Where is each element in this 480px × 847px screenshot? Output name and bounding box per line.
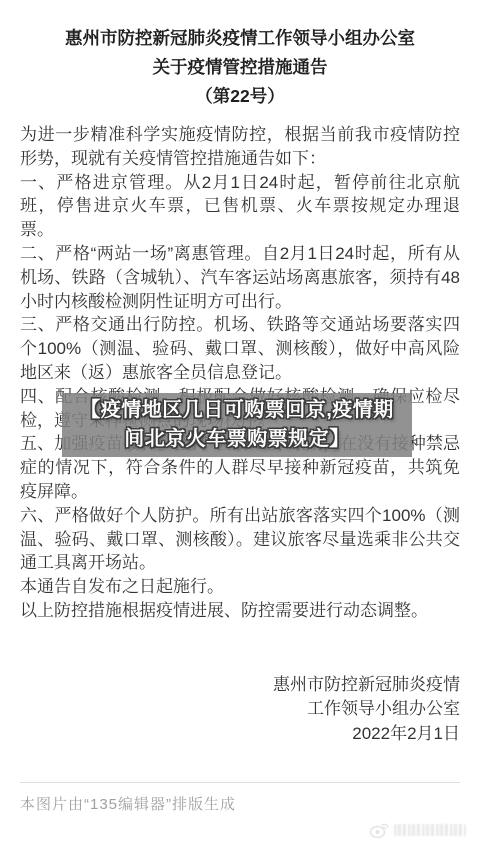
- title-line-1: 惠州市防控新冠肺炎疫情工作领导小组办公室: [20, 24, 460, 53]
- signature-line-2: 工作领导小组办公室: [20, 697, 460, 722]
- notice-document: 惠州市防控新冠肺炎疫情工作领导小组办公室 关于疫情管控措施通告 （第22号） 为…: [0, 0, 480, 746]
- paragraph-intro: 为进一步精准科学实施疫情防控，根据当前我市疫情防控形势，现就有关疫情管控措施通告…: [20, 123, 460, 171]
- caption-line-2: 间北京火车票购票规定】: [124, 425, 350, 454]
- overlay-caption: 【疫情地区几日可购票回京,疫情期 间北京火车票购票规定】: [62, 393, 412, 457]
- paragraph-item-3: 三、严格交通出行防控。机场、铁路等交通站场要落实四个100%（测温、验码、戴口罩…: [20, 313, 460, 384]
- paragraph-adjustment: 以上防控措施根据疫情进展、防控需要进行动态调整。: [20, 599, 460, 623]
- title-line-2: 关于疫情管控措施通告: [20, 53, 460, 82]
- notice-page: 惠州市防控新冠肺炎疫情工作领导小组办公室 关于疫情管控措施通告 （第22号） 为…: [0, 0, 480, 847]
- signature-date: 2022年2月1日: [20, 722, 460, 747]
- footer-divider: [20, 782, 460, 783]
- paragraph-item-1: 一、严格进京管理。从2月1日24时起，暂停前往北京航班，停售进京火车票，已售机票…: [20, 171, 460, 242]
- paragraph-item-2: 二、严格“两站一场”离惠管理。自2月1日24时起，所有从机场、铁路（含城轨）、汽…: [20, 242, 460, 313]
- weibo-watermark: [369, 821, 466, 839]
- paragraph-effective: 本通告自发布之日起施行。: [20, 575, 460, 599]
- signature-block: 惠州市防控新冠肺炎疫情 工作领导小组办公室 2022年2月1日: [20, 673, 460, 747]
- footer-credit: 本图片由“135编辑器”排版生成: [20, 793, 236, 814]
- signature-line-1: 惠州市防控新冠肺炎疫情: [20, 673, 460, 698]
- caption-line-1: 【疫情地区几日可购票回京,疫情期: [80, 396, 394, 425]
- paragraph-item-6: 六、严格做好个人防护。所有出站旅客落实四个100%（测温、验码、戴口罩、测核酸）…: [20, 504, 460, 575]
- title-line-3: （第22号）: [20, 82, 460, 111]
- notice-body: 为进一步精准科学实施疫情防控，根据当前我市疫情防控形势，现就有关疫情管控措施通告…: [20, 123, 460, 623]
- weibo-logo-icon: [369, 821, 389, 839]
- watermark-text-illegible: [394, 824, 466, 836]
- document-title: 惠州市防控新冠肺炎疫情工作领导小组办公室 关于疫情管控措施通告 （第22号）: [20, 24, 460, 111]
